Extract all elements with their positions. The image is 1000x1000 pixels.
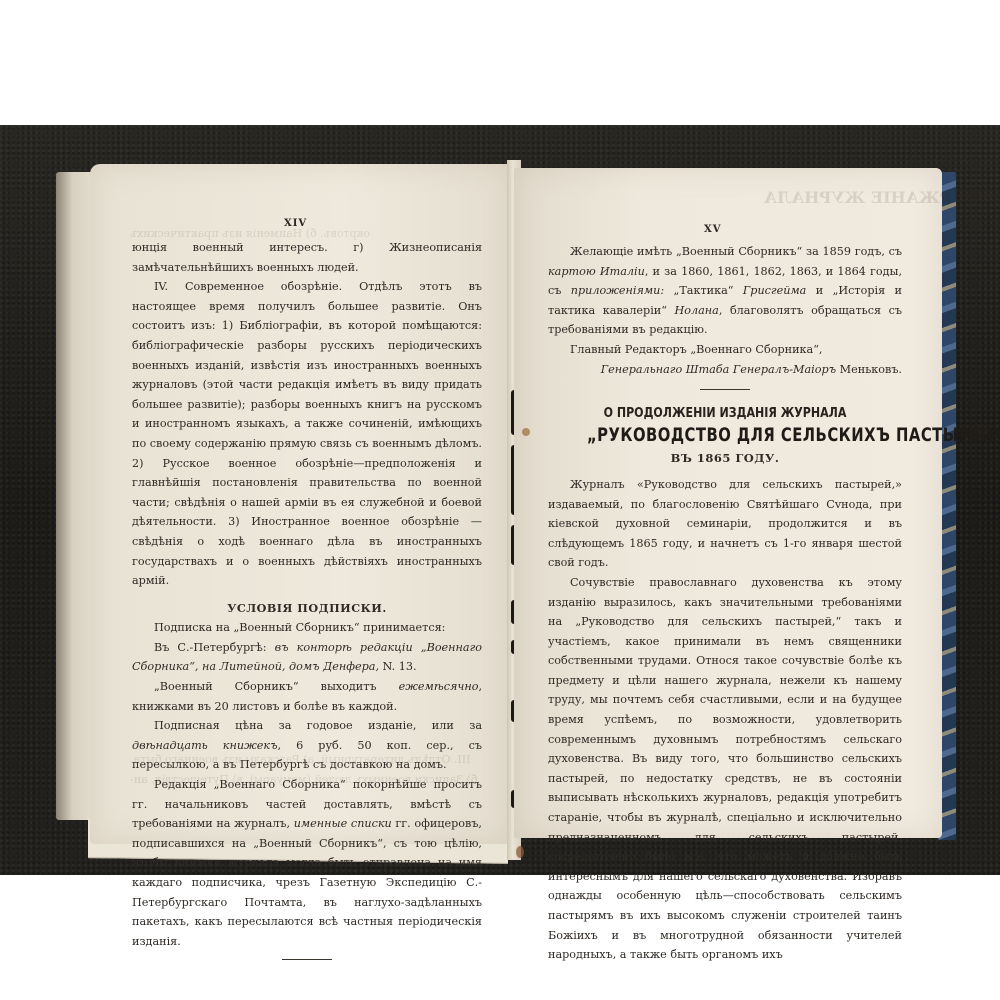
divider-rule bbox=[282, 959, 332, 960]
subscription-request: Редакція „Военнаго Сборника“ покорнѣйше … bbox=[132, 775, 482, 951]
bleed-through-text: СОДЕРЖАНІЕ ЖУРНАЛА bbox=[764, 188, 1000, 208]
left-page: окртовъ. б) Наименія изъ практическихъ I… bbox=[90, 164, 512, 844]
left-page-body: юнція военный интересъ. г) Жизнеописанія… bbox=[132, 238, 482, 968]
announcement-paragraph: Сочувствіе православнаго духовенства къ … bbox=[548, 573, 902, 965]
subscription-price: Подписная цѣна за годовое изданіе, или з… bbox=[132, 716, 482, 775]
announcement-year: ВЪ 1865 ГОДУ. bbox=[548, 449, 902, 469]
journal-title: „РУКОВОДСТВО ДЛЯ СЕЛЬСКИХЪ ПАСТЫРЕЙ“ bbox=[587, 426, 863, 446]
subscription-address: Въ С.-Петербургѣ: въ конторѣ редакціи „В… bbox=[132, 638, 482, 677]
section-heading: УСЛОВІЯ ПОДПИСКИ. bbox=[132, 599, 482, 619]
notice-paragraph: Желающіе имѣть „Военный Сборникъ“ за 185… bbox=[548, 242, 902, 340]
foxing-stain bbox=[522, 428, 530, 436]
page-number: XIV bbox=[284, 218, 307, 229]
editor-signature: Генеральнаго Штаба Генералъ-Маіоръ Меньк… bbox=[548, 360, 902, 380]
paragraph: юнція военный интересъ. г) Жизнеописанія… bbox=[132, 238, 482, 277]
announcement-heading: О ПРОДОЛЖЕНІИ ИЗДАНІЯ ЖУРНАЛА bbox=[575, 404, 876, 424]
right-page: СОДЕРЖАНІЕ ЖУРНАЛА XV Желающіе имѣть „Во… bbox=[514, 168, 942, 838]
subscription-intro: Подписка на „Военный Сборникъ“ принимает… bbox=[132, 618, 482, 638]
damage-stain bbox=[516, 846, 524, 858]
divider-rule bbox=[700, 389, 750, 390]
page-number: XV bbox=[704, 224, 722, 235]
paragraph: IV. Современное обозрѣніе. Отдѣлъ этотъ … bbox=[132, 277, 482, 591]
right-page-body: Желающіе имѣть „Военный Сборникъ“ за 185… bbox=[548, 242, 902, 965]
editor-line: Главный Редакторъ „Военнаго Сборника“, bbox=[548, 340, 902, 360]
subscription-frequency: „Военный Сборникъ“ выходитъ ежемѣсячно, … bbox=[132, 677, 482, 716]
announcement-paragraph: Журналъ «Руководство для сельскихъ пасты… bbox=[548, 475, 902, 573]
